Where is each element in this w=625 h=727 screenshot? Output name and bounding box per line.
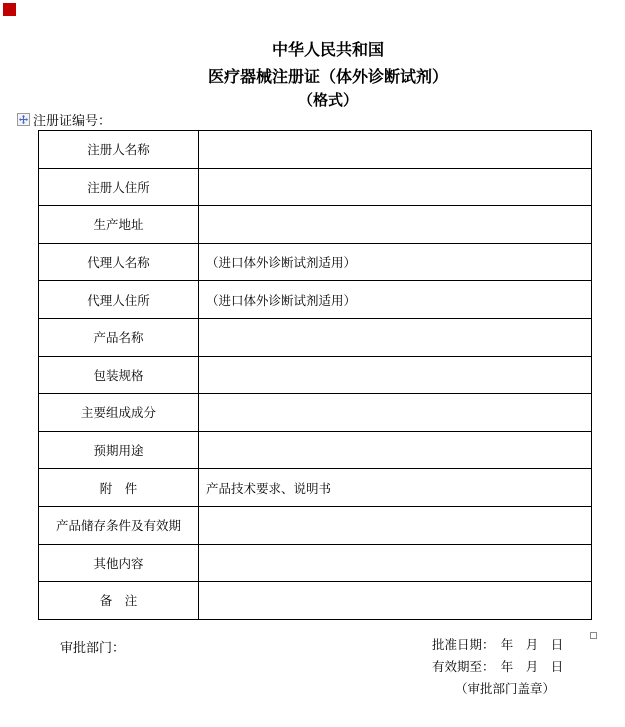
row-value[interactable] [199,582,592,620]
table-row: 预期用途 [39,431,592,469]
row-label: 附 件 [39,469,199,507]
approval-date-line: 批准日期： 年 月 日 [432,635,563,653]
table-row: 代理人名称 （进口体外诊断试剂适用） [39,243,592,281]
registration-table: 注册人名称 注册人住所 生产地址 代理人名称 （进口体外诊断试剂适用） 代理人住… [38,130,592,620]
row-label: 其他内容 [39,544,199,582]
row-value[interactable]: 产品技术要求、说明书 [199,469,592,507]
seal-note: （审批部门盖章） [432,679,578,697]
row-label: 生产地址 [39,206,199,244]
row-label: 包装规格 [39,356,199,394]
move-icon [19,115,28,124]
table-row: 备 注 [39,582,592,620]
row-label: 注册人名称 [39,131,199,169]
row-label: 代理人名称 [39,243,199,281]
table-row: 附 件 产品技术要求、说明书 [39,469,592,507]
row-value[interactable] [199,431,592,469]
table-row: 包装规格 [39,356,592,394]
row-label: 产品名称 [39,318,199,356]
row-label: 备 注 [39,582,199,620]
table-row: 注册人住所 [39,168,592,206]
page-title-format: （格式） [66,89,590,110]
row-value[interactable] [199,206,592,244]
table-row: 生产地址 [39,206,592,244]
document-page: 中华人民共和国 医疗器械注册证（体外诊断试剂） （格式） 注册证编号： 注册人名… [0,0,625,727]
table-row: 产品名称 [39,318,592,356]
row-value[interactable]: （进口体外诊断试剂适用） [199,281,592,319]
table-row: 代理人住所 （进口体外诊断试剂适用） [39,281,592,319]
row-value[interactable]: （进口体外诊断试剂适用） [199,243,592,281]
table-row: 产品储存条件及有效期 [39,506,592,544]
table-move-handle[interactable] [17,113,30,126]
row-value[interactable] [199,356,592,394]
table-row: 其他内容 [39,544,592,582]
approval-dept-label: 审批部门： [60,637,125,656]
row-value[interactable] [199,506,592,544]
table-row: 主要组成成分 [39,394,592,432]
row-value[interactable] [199,544,592,582]
row-label: 产品储存条件及有效期 [39,506,199,544]
table-row: 注册人名称 [39,131,592,169]
row-value[interactable] [199,131,592,169]
cert-no-label: 注册证编号： [33,110,111,129]
row-label: 代理人住所 [39,281,199,319]
row-label: 预期用途 [39,431,199,469]
row-label: 注册人住所 [39,168,199,206]
red-marker [3,3,16,16]
valid-until-line: 有效期至： 年 月 日 [432,657,563,675]
row-value[interactable] [199,394,592,432]
page-title-certificate: 医疗器械注册证（体外诊断试剂） [66,64,590,87]
row-value[interactable] [199,168,592,206]
row-value[interactable] [199,318,592,356]
row-label: 主要组成成分 [39,394,199,432]
table-resize-handle[interactable] [590,632,597,639]
cert-no-row: 注册证编号： [17,110,111,129]
page-title-country: 中华人民共和国 [66,37,590,60]
